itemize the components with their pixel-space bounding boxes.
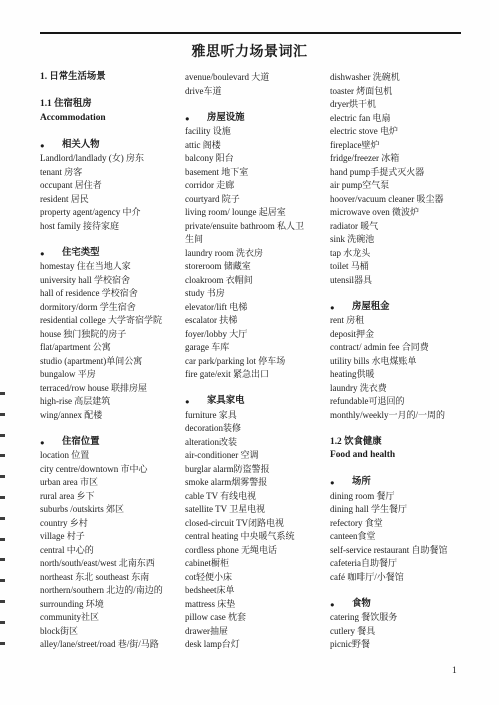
vocab-entry: cot轻便小床 <box>185 571 325 585</box>
vocab-entry: decoration装修 <box>185 422 325 436</box>
bullet-icon: ● <box>40 247 62 261</box>
vocab-entry: study 书房 <box>185 287 325 301</box>
bullet-icon: ● <box>330 598 352 612</box>
scan-edge-mark <box>0 434 5 437</box>
vocab-entry: electric stove 电炉 <box>330 125 470 139</box>
vocab-entry: location 位置 <box>40 449 180 463</box>
vocab-entry: utility bills 水电煤账单 <box>330 355 470 369</box>
row-gap <box>185 98 325 112</box>
vocab-entry: city centre/downtown 市中心 <box>40 463 180 477</box>
vocab-entry: cordless phone 无绳电话 <box>185 544 325 558</box>
vocab-entry: dining hall 学生餐厅 <box>330 503 470 517</box>
vocab-entry: terraced/row house 联排房屋 <box>40 382 180 396</box>
vocab-entry: alteration改装 <box>185 436 325 450</box>
vocab-entry: surrounding 环境 <box>40 598 180 612</box>
vocab-entry: residential college 大学寄宿学院 <box>40 314 180 328</box>
bullet-icon: ● <box>185 395 207 409</box>
vocab-entry: private/ensuite bathroom 私人卫生间 <box>185 220 325 247</box>
vocab-entry: homestay 住在当地人家 <box>40 260 180 274</box>
vocab-entry: refectory 食堂 <box>330 517 470 531</box>
scan-edge-mark <box>0 579 5 582</box>
vocab-entry: block街区 <box>40 625 180 639</box>
vocab-entry: air pump空气泵 <box>330 179 470 193</box>
vocab-entry: closed-circuit TV闭路电视 <box>185 517 325 531</box>
vocab-entry: fridge/freezer 冰箱 <box>330 152 470 166</box>
vocab-entry: balcony 阳台 <box>185 152 325 166</box>
scan-edge-mark <box>0 392 5 395</box>
vocab-entry: country 乡村 <box>40 517 180 531</box>
page-title: 雅思听力场景词汇 <box>0 41 499 61</box>
vocab-entry: cable TV 有线电视 <box>185 490 325 504</box>
vocab-entry: café 咖啡厅/小餐馆 <box>330 571 470 585</box>
bullet-heading: ●家具家电 <box>185 395 325 409</box>
vocab-entry: fireplace壁炉 <box>330 139 470 153</box>
header-rule <box>40 32 461 34</box>
bullet-icon: ● <box>330 301 352 315</box>
vocab-entry: occupant 居住者 <box>40 179 180 193</box>
vocab-entry: toaster 烤面包机 <box>330 85 470 99</box>
vocab-entry: living room/ lounge 起居室 <box>185 206 325 220</box>
vocab-entry: avenue/boulevard 大道 <box>185 71 325 85</box>
vocab-entry: wing/annex 配楼 <box>40 409 180 423</box>
vocab-entry-line: 生间 <box>185 233 325 247</box>
scan-edge-mark <box>0 621 5 624</box>
vocab-entry: cafeteria自助餐厅 <box>330 557 470 571</box>
vocab-entry-line: private/ensuite bathroom 私人卫 <box>185 220 325 234</box>
vocab-columns: 1. 日常生活场景1.1 住宿租房Accommodation●相关人物Landl… <box>40 71 470 652</box>
vocab-entry: cabinet橱柜 <box>185 557 325 571</box>
vocab-entry: drawer抽屉 <box>185 625 325 639</box>
vocab-entry: dormitory/dorm 学生宿舍 <box>40 301 180 315</box>
vocab-entry: canteen食堂 <box>330 530 470 544</box>
vocab-entry: burglar alarm防盗警报 <box>185 463 325 477</box>
vocab-entry: suburbs /outskirts 郊区 <box>40 503 180 517</box>
vocab-entry: contract/ admin fee 合同费 <box>330 341 470 355</box>
vocab-entry: storeroom 储藏室 <box>185 260 325 274</box>
bullet-heading-label: 食物 <box>352 599 371 609</box>
vocab-entry: university hall 学校宿舍 <box>40 274 180 288</box>
subsection-heading: Food and health <box>330 449 470 463</box>
vocab-entry: flat/apartment 公寓 <box>40 341 180 355</box>
vocab-entry: tenant 房客 <box>40 166 180 180</box>
scan-edge-mark <box>0 496 5 499</box>
vocab-entry: high-rise 高层建筑 <box>40 395 180 409</box>
vocab-entry: car park/parking lot 停车场 <box>185 355 325 369</box>
vocab-entry: laundry 洗衣费 <box>330 382 470 396</box>
bullet-heading-label: 家具家电 <box>207 396 245 406</box>
subsection-heading: 1.2 饮食健康 <box>330 436 470 450</box>
vocab-entry: rural area 乡下 <box>40 490 180 504</box>
scan-edge-mark <box>0 454 5 457</box>
bullet-heading-label: 房屋租金 <box>352 302 390 312</box>
vocab-entry: urban area 市区 <box>40 476 180 490</box>
bullet-icon: ● <box>40 139 62 153</box>
vocab-entry: northern/southern 北边的/南边的 <box>40 584 180 598</box>
bullet-icon: ● <box>40 436 62 450</box>
bullet-heading-label: 住宿位置 <box>62 437 100 447</box>
vocab-entry: picnic野餐 <box>330 638 470 652</box>
vocab-entry: monthly/weekly一月的/一周的 <box>330 409 470 423</box>
vocab-entry: studio (apartment)单间公寓 <box>40 355 180 369</box>
vocab-entry: desk lamp台灯 <box>185 638 325 652</box>
vocab-entry: corridor 走廊 <box>185 179 325 193</box>
bullet-heading: ●场所 <box>330 476 470 490</box>
vocab-entry: courtyard 院子 <box>185 193 325 207</box>
vocab-entry: laundry room 洗衣房 <box>185 247 325 261</box>
scan-edge-mark <box>0 600 5 603</box>
vocab-entry: house 独门独院的房子 <box>40 328 180 342</box>
bullet-heading: ●食物 <box>330 598 470 612</box>
vocab-entry: refundable可退回的 <box>330 395 470 409</box>
vocab-entry: cutlery 餐具 <box>330 625 470 639</box>
scan-edge-mark <box>0 558 5 561</box>
bullet-heading-label: 场所 <box>352 477 371 487</box>
vocab-entry: elevator/lift 电梯 <box>185 301 325 315</box>
vocab-entry: cloakroom 衣帽间 <box>185 274 325 288</box>
vocab-entry: utensil器具 <box>330 274 470 288</box>
vocab-entry: catering 餐饮服务 <box>330 611 470 625</box>
vocab-entry: microwave oven 微波炉 <box>330 206 470 220</box>
vocab-entry: sink 洗碗池 <box>330 233 470 247</box>
row-gap <box>40 233 180 247</box>
vocab-entry: hand pump手提式灭火器 <box>330 166 470 180</box>
vocab-entry: escalator 扶梯 <box>185 314 325 328</box>
bullet-heading: ●住宅类型 <box>40 247 180 261</box>
vocab-entry: deposit押金 <box>330 328 470 342</box>
vocab-entry: rent 房租 <box>330 314 470 328</box>
document-page: 雅思听力场景词汇 1. 日常生活场景1.1 住宿租房Accommodation●… <box>0 0 499 705</box>
vocab-entry: facility 设施 <box>185 125 325 139</box>
vocab-entry: alley/lane/street/road 巷/街/马路 <box>40 638 180 652</box>
bullet-heading-label: 相关人物 <box>62 140 100 150</box>
scan-edge-mark <box>0 517 5 520</box>
vocab-entry: satellite TV 卫星电视 <box>185 503 325 517</box>
column-2: avenue/boulevard 大道drive车道●房屋设施facility … <box>185 71 325 652</box>
scan-edge-mark <box>0 538 5 541</box>
vocab-entry: hall of residence 学校宿舍 <box>40 287 180 301</box>
column-3: dishwasher 洗碗机toaster 烤面包机dryer烘干机electr… <box>330 71 470 652</box>
vocab-entry: drive车道 <box>185 85 325 99</box>
vocab-entry: attic 阁楼 <box>185 139 325 153</box>
vocab-entry: host family 接待家庭 <box>40 220 180 234</box>
vocab-entry: garage 车库 <box>185 341 325 355</box>
vocab-entry: bungalow 平房 <box>40 368 180 382</box>
bullet-heading-label: 房屋设施 <box>207 113 245 123</box>
bullet-icon: ● <box>330 476 352 490</box>
bullet-heading-label: 住宅类型 <box>62 248 100 258</box>
vocab-entry: northeast 东北 southeast 东南 <box>40 571 180 585</box>
vocab-entry: village 村子 <box>40 530 180 544</box>
vocab-entry: Landlord/landlady (女) 房东 <box>40 152 180 166</box>
bullet-heading: ●房屋租金 <box>330 301 470 315</box>
vocab-entry: pillow case 枕套 <box>185 611 325 625</box>
bullet-heading: ●相关人物 <box>40 139 180 153</box>
vocab-entry: dining room 餐厅 <box>330 490 470 504</box>
row-gap <box>40 125 180 139</box>
subsection-heading: 1.1 住宿租房 <box>40 98 180 112</box>
row-gap <box>330 584 470 598</box>
vocab-entry: bedsheet床单 <box>185 584 325 598</box>
column-1: 1. 日常生活场景1.1 住宿租房Accommodation●相关人物Landl… <box>40 71 180 652</box>
vocab-entry: central heating 中央暖气系统 <box>185 530 325 544</box>
vocab-entry: basement 地下室 <box>185 166 325 180</box>
bullet-heading: ●住宿位置 <box>40 436 180 450</box>
scan-edge-mark <box>0 642 5 645</box>
bullet-heading: ●房屋设施 <box>185 112 325 126</box>
row-gap <box>40 85 180 99</box>
vocab-entry: radiator 暖气 <box>330 220 470 234</box>
vocab-entry: hoover/vacuum cleaner 吸尘器 <box>330 193 470 207</box>
vocab-entry: resident 居民 <box>40 193 180 207</box>
row-gap <box>185 382 325 396</box>
vocab-entry: furniture 家具 <box>185 409 325 423</box>
vocab-entry: central 中心的 <box>40 544 180 558</box>
row-gap <box>40 422 180 436</box>
row-gap <box>330 287 470 301</box>
vocab-entry: toilet 马桶 <box>330 260 470 274</box>
vocab-entry: foyer/lobby 大厅 <box>185 328 325 342</box>
vocab-entry: electric fan 电扇 <box>330 112 470 126</box>
section-heading: 1. 日常生活场景 <box>40 71 180 85</box>
vocab-entry: dishwasher 洗碗机 <box>330 71 470 85</box>
row-gap <box>330 463 470 477</box>
vocab-entry: smoke alarm烟雾警报 <box>185 476 325 490</box>
vocab-entry: tap 水龙头 <box>330 247 470 261</box>
page-number: 1 <box>452 666 457 676</box>
vocab-entry: community社区 <box>40 611 180 625</box>
scan-edge-mark <box>0 475 5 478</box>
scan-edge-mark <box>0 413 5 416</box>
subsection-heading: Accommodation <box>40 112 180 126</box>
vocab-entry: mattress 床垫 <box>185 598 325 612</box>
vocab-entry: dryer烘干机 <box>330 98 470 112</box>
vocab-entry: heating供暖 <box>330 368 470 382</box>
vocab-entry: fire gate/exit 紧急出口 <box>185 368 325 382</box>
vocab-entry: self-service restaurant 自助餐馆 <box>330 544 470 558</box>
vocab-entry: property agent/agency 中介 <box>40 206 180 220</box>
vocab-entry: north/south/east/west 北南东西 <box>40 557 180 571</box>
bullet-icon: ● <box>185 112 207 126</box>
vocab-entry: air-conditioner 空调 <box>185 449 325 463</box>
row-gap <box>330 422 470 436</box>
